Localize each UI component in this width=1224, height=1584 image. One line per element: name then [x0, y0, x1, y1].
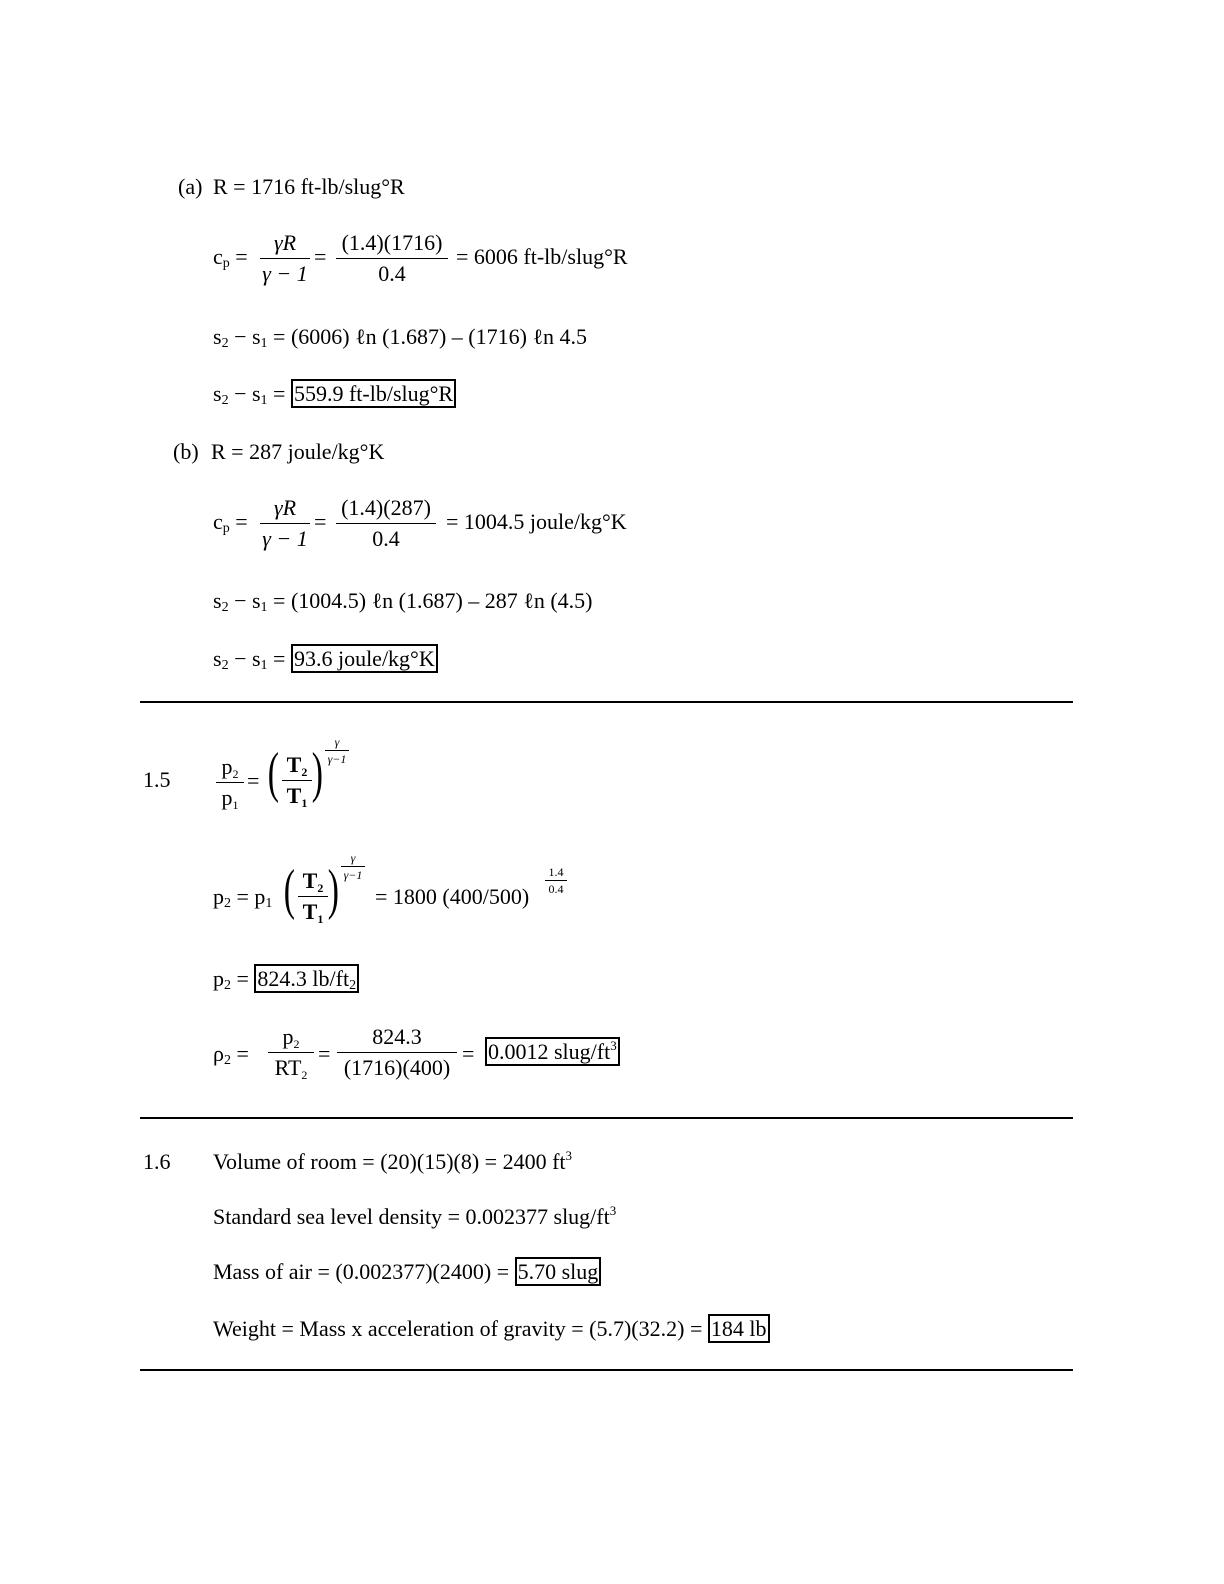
- temperature-ratio-fraction: T2T1: [282, 754, 312, 807]
- p2-result: p2 = 824.3 lb/ft2: [213, 968, 359, 990]
- part-a-gas-constant: R = 1716 ft-lb/slug°R: [213, 176, 405, 198]
- part-b-cp-formula-fraction: γRγ − 1: [260, 497, 310, 550]
- rho2-answer-wrap: 0.0012 slug/ft3: [485, 1041, 620, 1063]
- rho2-numeric-fraction: 824.3(1716)(400): [337, 1026, 457, 1079]
- part-a-answer-box: 559.9 ft-lb/slug°R: [291, 379, 456, 408]
- right-paren: ): [312, 745, 323, 801]
- part-a-cp-result: = 6006 ft-lb/slug°R: [456, 246, 628, 268]
- rho2-formula-fraction: p2RT2: [268, 1026, 314, 1079]
- ratio-equals: =: [247, 770, 259, 792]
- mass-answer-box: 5.70 slug: [515, 1257, 602, 1286]
- p2-temperature-ratio-fraction: T2T1: [298, 870, 328, 923]
- rho2-equals: =: [318, 1043, 330, 1065]
- left-paren: (: [284, 862, 295, 918]
- section-divider: [140, 1117, 1073, 1119]
- part-a-entropy-expression: s2 − s1 = (6006) ℓn (1.687) – (1716) ℓn …: [213, 326, 587, 348]
- problem-1-6-number: 1.6: [143, 1151, 171, 1173]
- part-a-cp-lhs: cp =: [213, 246, 248, 268]
- part-b-cp-numeric-fraction: (1.4)(287)0.4: [336, 497, 436, 550]
- part-b-cp-lhs: cp =: [213, 511, 248, 533]
- p2-formula-lhs: p2 = p1: [213, 886, 272, 908]
- part-a-cp-formula-fraction: γRγ − 1: [260, 232, 310, 285]
- part-b-gas-constant: R = 287 joule/kg°K: [211, 441, 384, 463]
- p2-numeric-expression: = 1800 (400/500): [375, 886, 529, 908]
- part-b-answer-box: 93.6 joule/kg°K: [291, 644, 438, 673]
- weight-of-air: Weight = Mass x acceleration of gravity …: [213, 1318, 770, 1340]
- part-a-equals: =: [314, 246, 326, 268]
- part-a-label: (a): [178, 176, 202, 198]
- p2-answer-box: 824.3 lb/ft2: [254, 964, 359, 993]
- part-b-equals: =: [314, 511, 326, 533]
- sea-level-density: Standard sea level density = 0.002377 sl…: [213, 1206, 616, 1228]
- numeric-exponent: 1.40.4: [545, 866, 567, 895]
- part-b-cp-result: = 1004.5 joule/kg°K: [446, 511, 627, 533]
- pressure-ratio-fraction: p2p1: [216, 756, 244, 809]
- mass-of-air: Mass of air = (0.002377)(2400) = 5.70 sl…: [213, 1261, 601, 1283]
- right-paren: ): [328, 862, 339, 918]
- gamma-exponent: γγ−1: [325, 736, 349, 765]
- left-paren: (: [268, 745, 279, 801]
- rho2-equals-2: =: [462, 1043, 474, 1065]
- rho2-answer-box: 0.0012 slug/ft3: [485, 1037, 620, 1066]
- problem-1-5-number: 1.5: [143, 769, 171, 791]
- section-divider: [140, 701, 1073, 703]
- part-a-entropy-result: s2 − s1 = 559.9 ft-lb/slug°R: [213, 383, 456, 405]
- part-b-entropy-result: s2 − s1 = 93.6 joule/kg°K: [213, 648, 438, 670]
- rho2-lhs: ρ2 =: [213, 1043, 249, 1065]
- weight-answer-box: 184 lb: [708, 1314, 770, 1343]
- section-divider: [140, 1369, 1073, 1371]
- part-b-entropy-expression: s2 − s1 = (1004.5) ℓn (1.687) – 287 ℓn (…: [213, 590, 593, 612]
- part-a-cp-numeric-fraction: (1.4)(1716)0.4: [336, 232, 448, 285]
- gamma-exponent: γγ−1: [341, 852, 365, 881]
- room-volume: Volume of room = (20)(15)(8) = 2400 ft3: [213, 1151, 572, 1173]
- part-b-label: (b): [173, 441, 199, 463]
